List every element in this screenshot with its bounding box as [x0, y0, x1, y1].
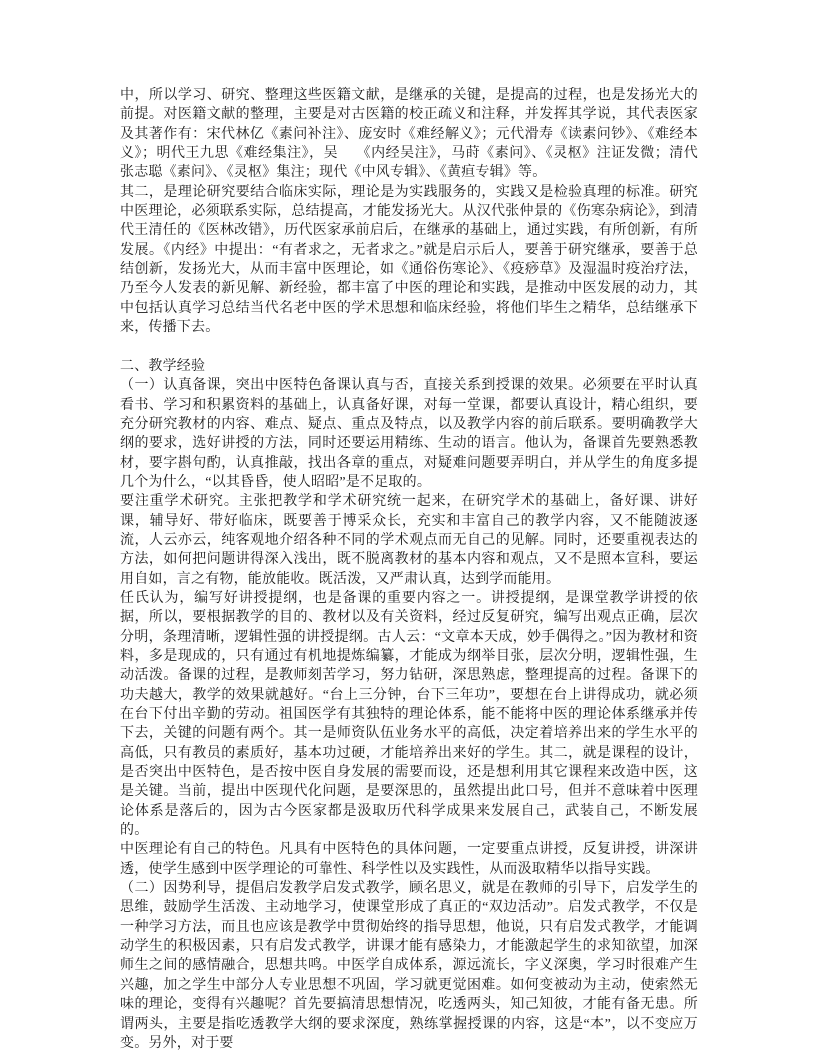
body-paragraph: 其二，是理论研究要结合临床实际，理论是为实践服务的，实践又是检验真理的标准。研究…: [120, 183, 698, 338]
body-paragraph: 中医理论有自己的特色。凡具有中医特色的具体问题，一定要重点讲授，反复讲授，讲深讲…: [120, 840, 698, 879]
body-paragraph: （一）认真备课，突出中医特色备课认真与否，直接关系到授课的效果。必须要在平时认真…: [120, 376, 698, 492]
body-paragraph: 中，所以学习、研究、整理这些医籍文献，是继承的关键，是提高的过程，也是发扬光大的…: [120, 86, 698, 183]
document-body: 中，所以学习、研究、整理这些医籍文献，是继承的关键，是提高的过程，也是发扬光大的…: [120, 86, 698, 1053]
document-page: 中，所以学习、研究、整理这些医籍文献，是继承的关键，是提高的过程，也是发扬光大的…: [0, 0, 816, 1056]
body-paragraph: 任氏认为，编写好讲授提纲，也是备课的重要内容之一。讲授提纲，是课堂教学讲授的依据…: [120, 589, 698, 840]
section-heading: 二、教学经验: [120, 357, 698, 376]
body-paragraph: （二）因势利导，提倡启发教学启发式教学，顾名思义，就是在教师的引导下，启发学生的…: [120, 879, 698, 1053]
paragraph-spacer: [120, 337, 698, 356]
body-paragraph: 要注重学术研究。主张把教学和学术研究统一起来，在研究学术的基础上，备好课、讲好课…: [120, 492, 698, 589]
